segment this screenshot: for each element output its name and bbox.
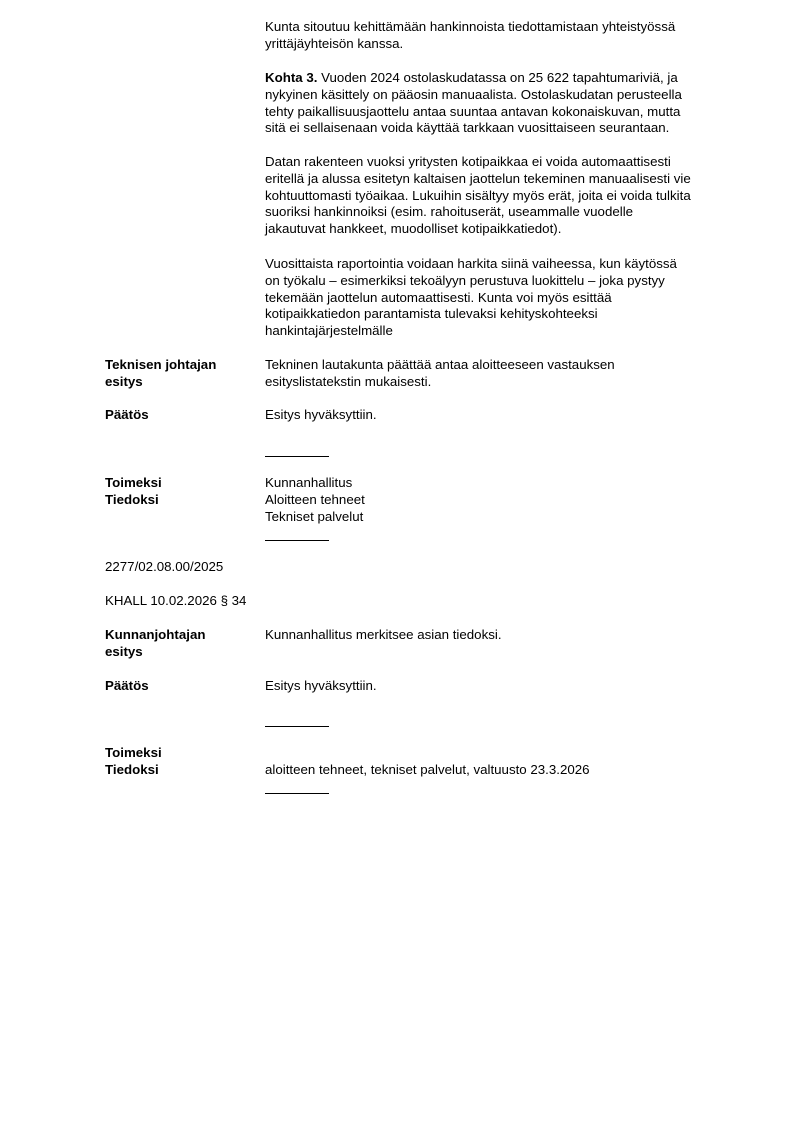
kohta3-paragraph: Kohta 3. Vuoden 2024 ostolaskudatassa on… <box>265 70 740 137</box>
label-line: esitys <box>105 374 255 391</box>
technical-decision-label: Päätös <box>105 407 255 424</box>
intro-paragraph: Kunta sitoutuu kehittämään hankinnoista … <box>265 19 740 53</box>
label-line: Teknisen johtajan <box>105 357 255 374</box>
distribution-item: Tekniset palvelut <box>265 509 740 526</box>
board-decision-label: Päätös <box>105 678 255 695</box>
text-line: Tekninen lautakunta päättää antaa aloitt… <box>265 357 740 374</box>
label-line: Tiedoksi <box>105 492 255 509</box>
text-line: kotipaikkatiedon parantamista tulevaksi … <box>265 306 740 323</box>
text-line: esityslistatekstin mukaisesti. <box>265 374 740 391</box>
text-line: on työkalu – esimerkiksi tekoälyyn perus… <box>265 273 740 290</box>
board-proposal-label: Kunnanjohtajan esitys <box>105 627 255 661</box>
distribution-item: Kunnanhallitus <box>265 475 740 492</box>
technical-proposal-text: Tekninen lautakunta päättää antaa aloitt… <box>265 357 740 391</box>
text-line: sitä ei sellaisenaan voida käyttää tarkk… <box>265 120 740 137</box>
reporting-paragraph: Vuosittaista raportointia voidaan harkit… <box>265 256 740 340</box>
meeting-reference: KHALL 10.02.2026 § 34 <box>105 593 246 610</box>
board-distribution-text: aloitteen tehneet, tekniset palvelut, va… <box>265 762 740 779</box>
board-decision-text: Esitys hyväksyttiin. <box>265 678 740 695</box>
text-line: Kohta 3. Vuoden 2024 ostolaskudatassa on… <box>265 70 740 87</box>
label-line: Toimeksi <box>105 745 255 762</box>
text-line: eritellä ja alussa esitetyn kaltaisen ja… <box>265 171 740 188</box>
text-line: kohtuuttomasti työaikaa. Lukuihin sisält… <box>265 188 740 205</box>
text-line: hankintajärjestelmälle <box>265 323 740 340</box>
separator-rule <box>265 726 329 727</box>
technical-decision-text: Esitys hyväksyttiin. <box>265 407 740 424</box>
text-line: tehty paikallisuusjaottelu antaa suuntaa… <box>265 104 740 121</box>
text-line: suoriksi hankinnoiksi (esim. rahoituserä… <box>265 204 740 221</box>
text-line: Vuosittaista raportointia voidaan harkit… <box>265 256 740 273</box>
label-line: Tiedoksi <box>105 762 255 779</box>
text-line: Kunta sitoutuu kehittämään hankinnoista … <box>265 19 740 36</box>
label-line: esitys <box>105 644 255 661</box>
separator-rule <box>265 456 329 457</box>
text-line: jakautuvat hankkeet, muodolliset kotipai… <box>265 221 740 238</box>
text-line: tekemään jaottelun automaattisesti. Kunt… <box>265 290 740 307</box>
data-paragraph: Datan rakenteen vuoksi yritysten kotipai… <box>265 154 740 238</box>
board-distribution-label: Toimeksi Tiedoksi <box>105 745 255 779</box>
distribution-item: Aloitteen tehneet <box>265 492 740 509</box>
text-line: yrittäjäyhteisön kanssa. <box>265 36 740 53</box>
text-line: nykyinen käsittely on pääosin manuaalist… <box>265 87 740 104</box>
record-number: 2277/02.08.00/2025 <box>105 559 223 576</box>
kohta3-first-line: Vuoden 2024 ostolaskudatassa on 25 622 t… <box>317 70 677 85</box>
technical-proposal-label: Teknisen johtajan esitys <box>105 357 255 391</box>
technical-distribution-label: Toimeksi Tiedoksi <box>105 475 255 509</box>
board-proposal-text: Kunnanhallitus merkitsee asian tiedoksi. <box>265 627 740 644</box>
label-line: Kunnanjohtajan <box>105 627 255 644</box>
technical-distribution-list: Kunnanhallitus Aloitteen tehneet Teknise… <box>265 475 740 525</box>
kohta3-label: Kohta 3. <box>265 70 317 85</box>
text-line: Datan rakenteen vuoksi yritysten kotipai… <box>265 154 740 171</box>
label-line: Toimeksi <box>105 475 255 492</box>
separator-rule <box>265 793 329 794</box>
separator-rule <box>265 540 329 541</box>
